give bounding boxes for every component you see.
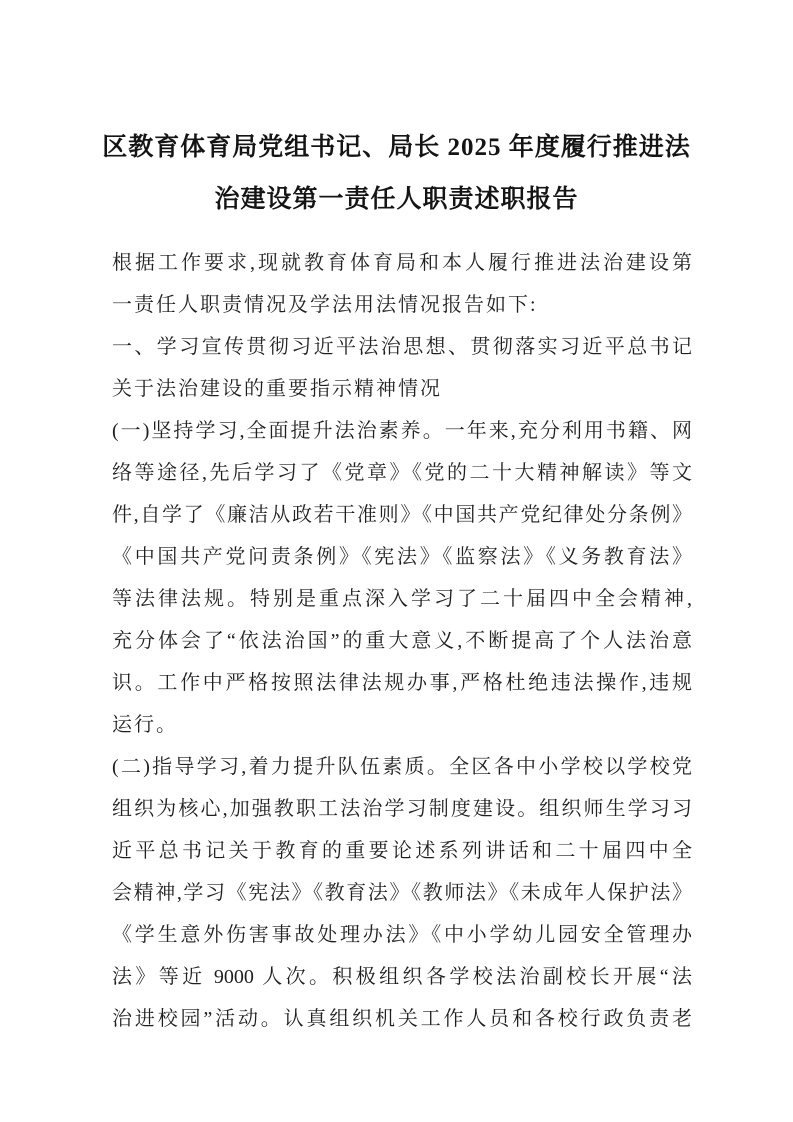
text-line: 治进校园”活动。认真组织机关工作人员和各校行政负责老 [112, 998, 692, 1040]
paragraph-intro: 根据工作要求,现就教育体育局和本人履行推进法治建设第 一责任人职责情况及学法用法… [112, 242, 692, 326]
text-line: (一)坚持学习,全面提升法治素养。一年来,充分利用书籍、网 [112, 410, 692, 452]
text-line: 一责任人职责情况及学法用法情况报告如下: [112, 284, 692, 326]
text-line: 运行。 [112, 704, 692, 746]
text-line: 等法律法规。特别是重点深入学习了二十届四中全会精神, [112, 578, 692, 620]
title-line: 治建设第一责任人职责述职报告 [97, 174, 697, 226]
text-line: 《学生意外伤害事故处理办法》《中小学幼儿园安全管理办 [112, 914, 692, 956]
paragraph-item-one: (一)坚持学习,全面提升法治素养。一年来,充分利用书籍、网 络等途径,先后学习了… [112, 410, 692, 746]
text-line: 《中国共产党问责条例》《宪法》《监察法》《义务教育法》 [112, 536, 692, 578]
text-line: 会精神,学习《宪法》《教育法》《教师法》《未成年人保护法》 [112, 872, 692, 914]
text-line: 近平总书记关于教育的重要论述系列讲话和二十届四中全 [112, 830, 692, 872]
paragraph-section-heading: 一、学习宣传贯彻习近平法治思想、贯彻落实习近平总书记 关于法治建设的重要指示精神… [112, 326, 692, 410]
text-line: 根据工作要求,现就教育体育局和本人履行推进法治建设第 [112, 242, 692, 284]
text-line: 一、学习宣传贯彻习近平法治思想、贯彻落实习近平总书记 [112, 326, 692, 368]
text-line: 法》等近 9000 人次。积极组织各学校法治副校长开展“法 [112, 956, 692, 998]
title-line: 区教育体育局党组书记、局长 2025 年度履行推进法 [97, 122, 697, 174]
text-line: 识。工作中严格按照法律法规办事,严格杜绝违法操作,违规 [112, 662, 692, 704]
document-title: 区教育体育局党组书记、局长 2025 年度履行推进法 治建设第一责任人职责述职报… [97, 122, 697, 226]
document-page: 区教育体育局党组书记、局长 2025 年度履行推进法 治建设第一责任人职责述职报… [0, 0, 793, 1122]
paragraph-item-two: (二)指导学习,着力提升队伍素质。全区各中小学校以学校党 组织为核心,加强教职工… [112, 746, 692, 1040]
text-line: 络等途径,先后学习了《党章》《党的二十大精神解读》等文 [112, 452, 692, 494]
text-line: 件,自学了《廉洁从政若干准则》《中国共产党纪律处分条例》 [112, 494, 692, 536]
text-line: 组织为核心,加强教职工法治学习制度建设。组织师生学习习 [112, 788, 692, 830]
document-body: 根据工作要求,现就教育体育局和本人履行推进法治建设第 一责任人职责情况及学法用法… [112, 242, 692, 1040]
text-line: 充分体会了“依法治国”的重大意义,不断提高了个人法治意 [112, 620, 692, 662]
text-line: (二)指导学习,着力提升队伍素质。全区各中小学校以学校党 [112, 746, 692, 788]
text-line: 关于法治建设的重要指示精神情况 [112, 368, 692, 410]
